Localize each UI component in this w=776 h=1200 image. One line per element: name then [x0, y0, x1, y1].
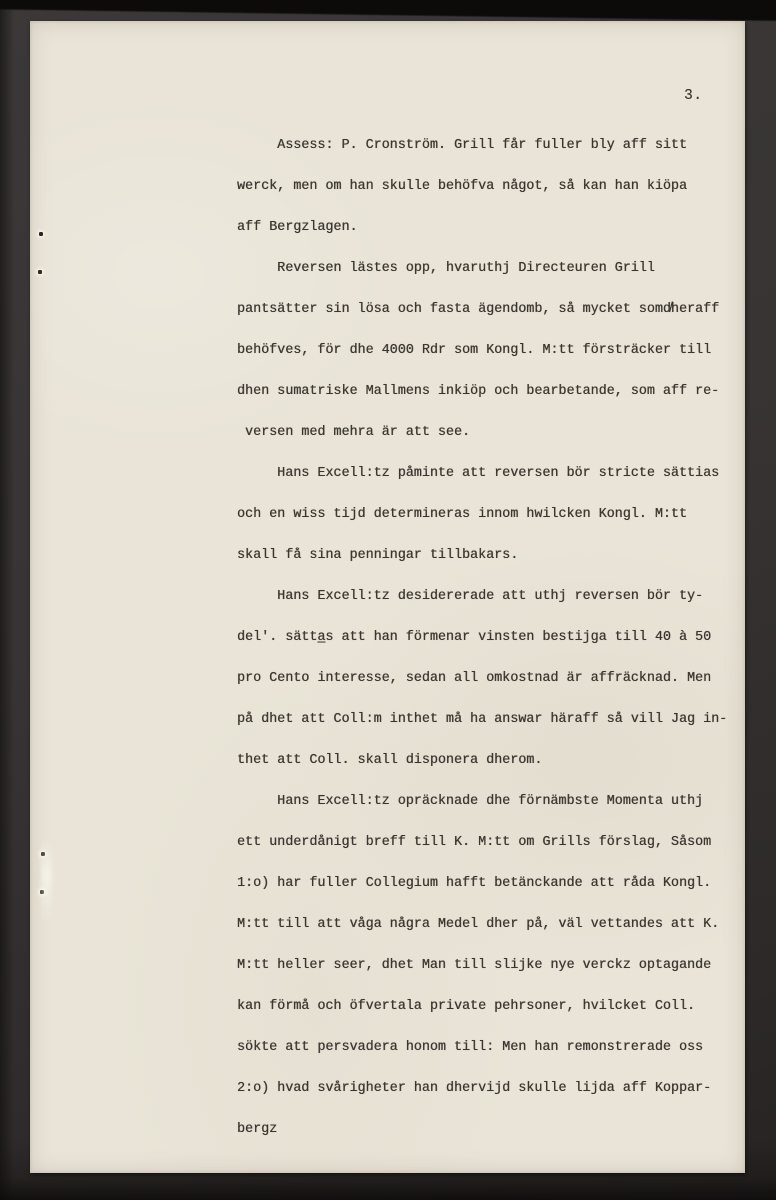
text-line: ett underdånigt breff till K. M:tt om Gr…	[237, 822, 742, 863]
scan-edge	[0, 0, 776, 21]
text-line: bergz	[237, 1109, 742, 1150]
text-line: M:tt heller seer, dhet Man till slijke n…	[237, 945, 742, 986]
text-line: Hans Excell:tz opräcknade dhe förnämbste…	[237, 781, 742, 822]
text-line: del'. sätta̲s att han förmenar vinsten b…	[237, 617, 742, 658]
text-line: 1:o) har fuller Collegium hafft betäncka…	[237, 863, 742, 904]
text-line: aff Bergzlagen.	[237, 207, 742, 248]
text-line: pantsätter sin lösa och fasta ägendomb, …	[237, 289, 742, 330]
text-line: thet att Coll. skall disponera dherom.	[237, 740, 742, 781]
text-line: skall få sina penningar tillbakars.	[237, 535, 742, 576]
text-line: behöfves, för dhe 4000 Rdr som Kongl. M:…	[237, 330, 742, 371]
typewritten-text: Assess: P. Cronström. Grill får fuller b…	[237, 125, 742, 1150]
paper-crease	[41, 837, 52, 925]
text-line: kan förmå och öfvertala private pehrsone…	[237, 986, 742, 1027]
text-line: och en wiss tijd determineras innom hwil…	[237, 494, 742, 535]
text-line: 2:o) hvad svårigheter han dhervijd skull…	[237, 1068, 742, 1109]
text-line: sökte att persvadera honom till: Men han…	[237, 1027, 742, 1068]
text-line: M:tt till att våga några Medel dher på, …	[237, 904, 742, 945]
text-line: versen med mehra är att see.	[237, 412, 742, 453]
text-line: pro Cento interesse, sedan all omkostnad…	[237, 658, 742, 699]
text-line: werck, men om han skulle behöfva något, …	[237, 166, 742, 207]
ink-speck	[38, 270, 42, 274]
text-line: Hans Excell:tz desidererade att uthj rev…	[237, 576, 742, 617]
scanned-document-view: 3. Assess: P. Cronström. Grill får fulle…	[0, 0, 776, 1200]
text-line: Assess: P. Cronström. Grill får fuller b…	[237, 125, 742, 166]
text-line: dhen sumatriske Mallmens inkiöp och bear…	[237, 371, 742, 412]
text-line: Hans Excell:tz påminte att reversen bör …	[237, 453, 742, 494]
document-page: 3. Assess: P. Cronström. Grill får fulle…	[30, 21, 745, 1173]
text-line: Reversen lästes opp, hvaruthj Directeure…	[237, 248, 742, 289]
ink-speck	[39, 232, 43, 236]
text-line: på dhet att Coll:m inthet må ha answar h…	[237, 699, 742, 740]
page-number: 3.	[684, 88, 702, 104]
